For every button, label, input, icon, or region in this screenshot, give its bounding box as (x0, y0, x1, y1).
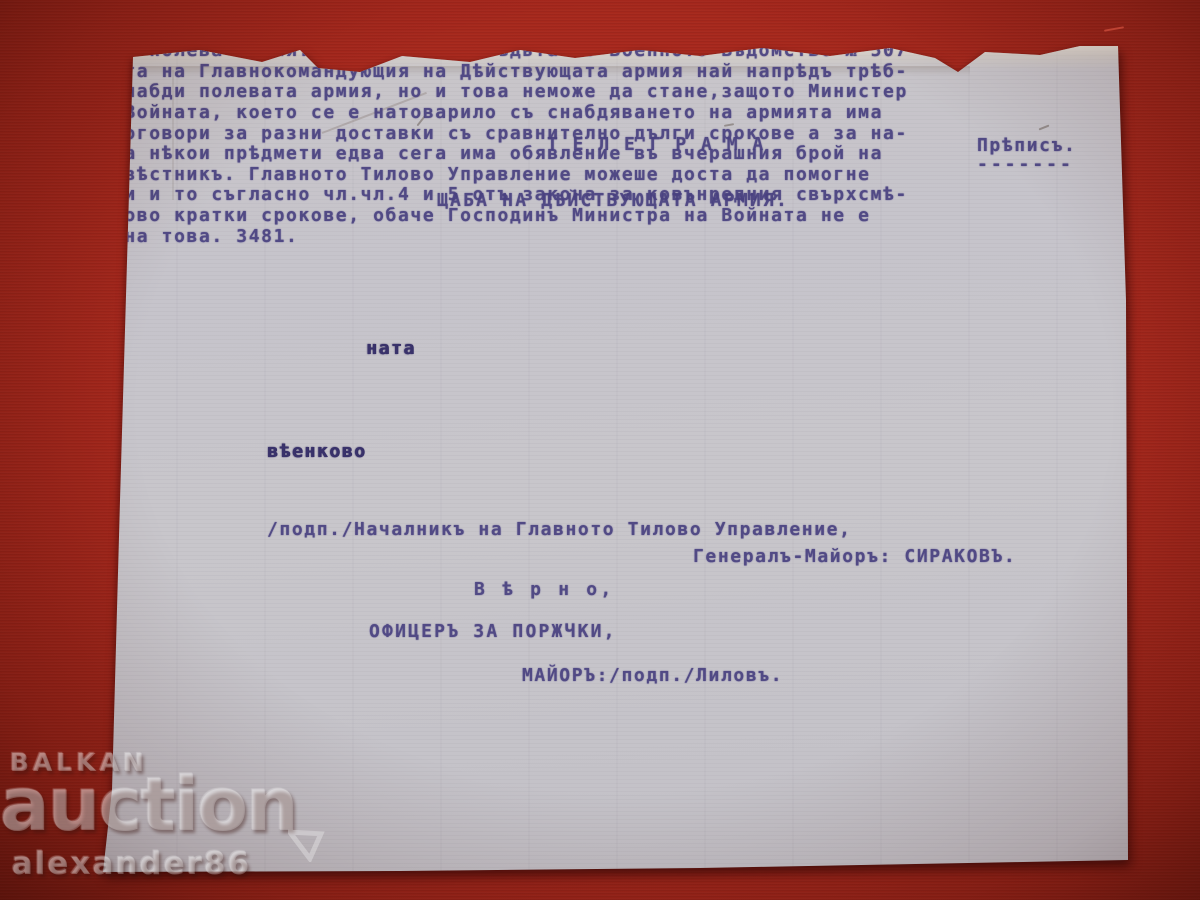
certifying-officer-name: МАЙОРЪ:/подп./Лиловъ. (522, 666, 783, 687)
signature-name-line: Генералъ-Майоръ: СИРАКОВЪ. (693, 547, 1016, 568)
body-line: държавенъ вѣстникъ. Главното Тилово Упра… (0, 165, 940, 186)
certifying-officer-title: ОФИЦЕРЪ ЗА ПОРЖЧКИ, (369, 622, 617, 643)
body-line: резервнитѣ полкове и допълняющи дружини.… (0, 21, 940, 42)
body-line: и заповѣдьта на Главнокомандующия на Дѣй… (0, 62, 940, 83)
body-line: въ всичката полева армия. Съгласно запов… (0, 41, 940, 62)
telegram-body-text: 3644. Недостига на прѣдметитѣ отъ облѣкл… (0, 0, 940, 247)
body-line: 3644. Недостига на прѣдметитѣ отъ облѣкл… (0, 0, 940, 21)
body-line: сключени договори за разни доставки съ с… (0, 124, 940, 145)
telegram-paper-sheet: Т Е Л Е Г Р А М А Прѣписъ. ------- ЩАБА … (0, 0, 1200, 900)
body-line: бавянето на нѣкои прѣдмети едва сега има… (0, 144, 940, 165)
typewriter-overstrike: вѣенково (267, 442, 367, 463)
body-line: като набави и то съгласно чл.чл.4 и 5 от… (0, 185, 940, 206)
certified-true-label: В ѣ р н о, (474, 580, 614, 601)
photo-of-telegram-document: Т Е Л Е Г Р А М А Прѣписъ. ------- ЩАБА … (0, 0, 1200, 900)
body-line: съгласенъ на това. 3481. (0, 227, 940, 248)
signature-title-line: /подп./Началникъ на Главното Тилово Упра… (267, 520, 852, 541)
typewriter-overstrike: ната (366, 339, 416, 360)
body-line: ството на Войната, което се е натоварило… (0, 103, 940, 124)
body-line: тенъ,вѣенково кратки срокове, обаче Госп… (0, 206, 940, 227)
body-line: ва да се снабди полевата армия, но и тов… (0, 82, 940, 103)
paper-shadow-wrap: Т Е Л Е Г Р А М А Прѣписъ. ------- ЩАБА … (0, 0, 1200, 900)
tear-mark (1039, 125, 1050, 131)
copy-annotation-underline: ------- (977, 155, 1074, 176)
